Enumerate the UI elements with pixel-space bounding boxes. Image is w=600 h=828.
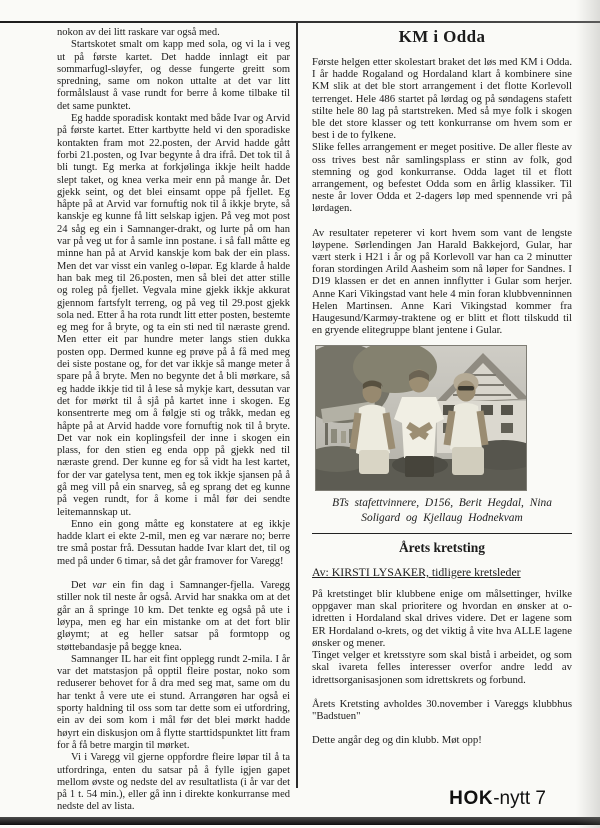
column-divider [296,23,298,788]
paragraph: Første helgen etter skolestart braket de… [312,56,572,141]
footer-brand: HOK [449,788,493,809]
paragraph: Enno ein gong måtte eg konstatere at eg … [57,519,290,568]
section-divider [312,533,572,534]
paragraph: Det var ein fin dag i Samnanger-fjella. … [57,580,290,654]
byline: Av: KIRSTI LYSAKER, tidligere kretsleder [312,566,572,578]
bottom-scan-bar [0,817,600,825]
top-rule [0,21,600,23]
paragraph: Vi i Varegg vil gjerne oppfordre fleire … [57,752,290,813]
paragraph: Av resultater repeterer vi kort hvem som… [312,227,572,337]
stafett-winners-photo [315,345,527,491]
paragraph: Dette angår deg og din klubb. Møt opp! [312,734,572,746]
paragraph: Slike felles arrangement er meget positi… [312,141,572,214]
left-column: nokon av dei litt raskare var også med. … [57,27,290,815]
photo-caption: BTs stafettvinnere, D156, Berit Hegdal, … [312,496,572,524]
paragraph: På kretstinget blir klubbene enige om må… [312,588,572,649]
page-footer: HOK-nytt 7 [420,788,546,810]
emphasized-word: var [92,580,106,591]
paragraph: nokon av dei litt raskare var også med. [57,27,290,39]
article-title-arets-kretsting: Årets kretsting [312,540,572,556]
paragraph: Eg hadde sporadisk kontakt med både Ivar… [57,113,290,519]
scan-edge-shadow [576,0,600,828]
photo-graphic [315,345,527,491]
paragraph: Startskotet smalt om kapp med sola, og v… [57,39,290,113]
paragraph: Årets Kretsting avholdes 30.november i V… [312,698,572,722]
article-title-km-i-odda: KM i Odda [312,27,572,47]
paragraph: Tinget velger et kretsstyre som skal bis… [312,649,572,686]
footer-page-label: -nytt 7 [493,788,546,809]
right-column: KM i Odda Første helgen etter skolestart… [312,25,572,820]
paragraph: Samnanger IL har eit fint opplegg rundt … [57,654,290,752]
paragraph-text: Det [71,580,92,591]
